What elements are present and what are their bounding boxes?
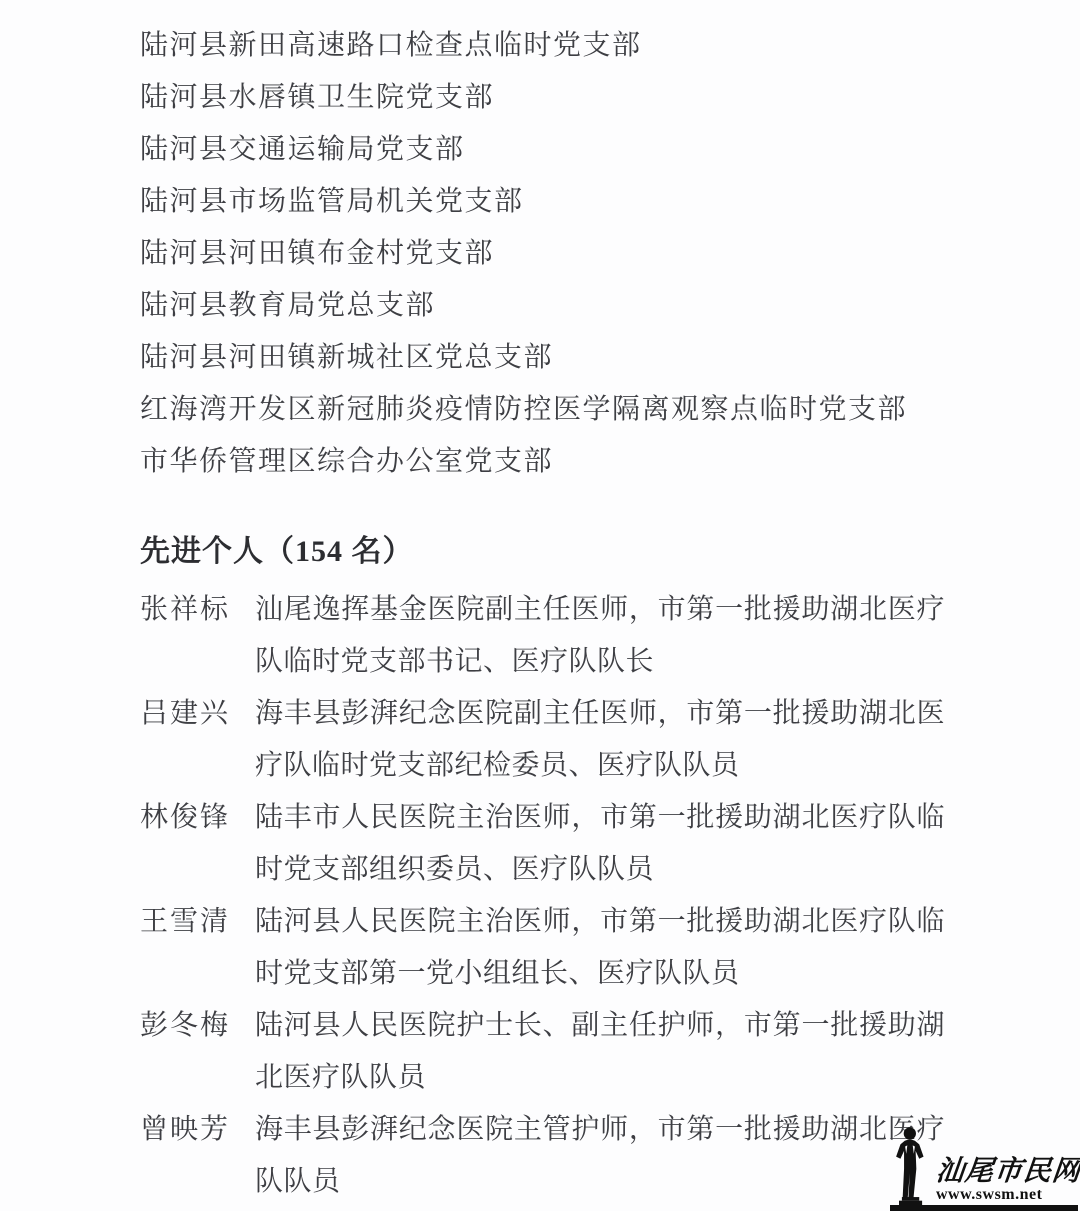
individual-name: 林俊锋	[140, 792, 228, 844]
individual-name: 彭冬梅	[140, 1000, 228, 1052]
branch-list-item: 陆河县新田高速路口检查点临时党支部	[140, 20, 945, 72]
branch-list-item: 陆河县水唇镇卫生院党支部	[140, 72, 945, 124]
watermark-underline-bar	[890, 1205, 1078, 1211]
individual-name: 吕建兴	[140, 688, 228, 740]
section-heading-advanced-individuals: 先进个人（154 名）	[140, 526, 945, 578]
watermark-site-url: www.swsm.net	[936, 1187, 1042, 1203]
branch-list-item: 陆河县河田镇布金村党支部	[140, 228, 945, 280]
document-page: 陆河县新田高速路口检查点临时党支部陆河县水唇镇卫生院党支部陆河县交通运输局党支部…	[0, 0, 1080, 1211]
individual-name: 王雪清	[140, 896, 228, 948]
branch-list-item: 红海湾开发区新冠肺炎疫情防控医学隔离观察点临时党支部	[140, 384, 945, 436]
individual-entry: 张祥标汕尾逸挥基金医院副主任医师，市第一批援助湖北医疗队临时党支部书记、医疗队队…	[140, 584, 945, 688]
branch-list-item: 陆河县市场监管局机关党支部	[140, 176, 945, 228]
individual-description: 海丰县彭湃纪念医院主管护师，市第一批援助湖北医疗队队员	[255, 1104, 945, 1208]
watermark-site-name: 汕尾市民网	[934, 1157, 1080, 1187]
person-silhouette-icon	[890, 1127, 934, 1205]
individual-entry: 彭冬梅陆河县人民医院护士长、副主任护师，市第一批援助湖北医疗队队员	[140, 1000, 945, 1104]
branch-list-item: 陆河县教育局党总支部	[140, 280, 945, 332]
site-watermark: 汕尾市民网 www.swsm.net	[890, 1127, 1078, 1211]
branch-list-item: 陆河县河田镇新城社区党总支部	[140, 332, 945, 384]
individual-description: 汕尾逸挥基金医院副主任医师，市第一批援助湖北医疗队临时党支部书记、医疗队队长	[255, 584, 945, 688]
individual-entry: 吕建兴海丰县彭湃纪念医院副主任医师，市第一批援助湖北医疗队临时党支部纪检委员、医…	[140, 688, 945, 792]
individual-entry: 曾映芳海丰县彭湃纪念医院主管护师，市第一批援助湖北医疗队队员	[140, 1104, 945, 1208]
advanced-individuals-list: 张祥标汕尾逸挥基金医院副主任医师，市第一批援助湖北医疗队临时党支部书记、医疗队队…	[140, 584, 945, 1208]
individual-entry: 林俊锋陆丰市人民医院主治医师，市第一批援助湖北医疗队临时党支部组织委员、医疗队队…	[140, 792, 945, 896]
branch-list-item: 市华侨管理区综合办公室党支部	[140, 436, 945, 488]
individual-description: 陆河县人民医院主治医师，市第一批援助湖北医疗队临时党支部第一党小组组长、医疗队队…	[255, 896, 945, 1000]
individual-description: 陆丰市人民医院主治医师，市第一批援助湖北医疗队临时党支部组织委员、医疗队队员	[255, 792, 945, 896]
individual-name: 曾映芳	[140, 1104, 228, 1156]
individual-name: 张祥标	[140, 584, 228, 636]
individual-description: 陆河县人民医院护士长、副主任护师，市第一批援助湖北医疗队队员	[255, 1000, 945, 1104]
individual-entry: 王雪清陆河县人民医院主治医师，市第一批援助湖北医疗队临时党支部第一党小组组长、医…	[140, 896, 945, 1000]
individual-description: 海丰县彭湃纪念医院副主任医师，市第一批援助湖北医疗队临时党支部纪检委员、医疗队队…	[255, 688, 945, 792]
branch-list-item: 陆河县交通运输局党支部	[140, 124, 945, 176]
party-branch-list: 陆河县新田高速路口检查点临时党支部陆河县水唇镇卫生院党支部陆河县交通运输局党支部…	[140, 20, 945, 488]
